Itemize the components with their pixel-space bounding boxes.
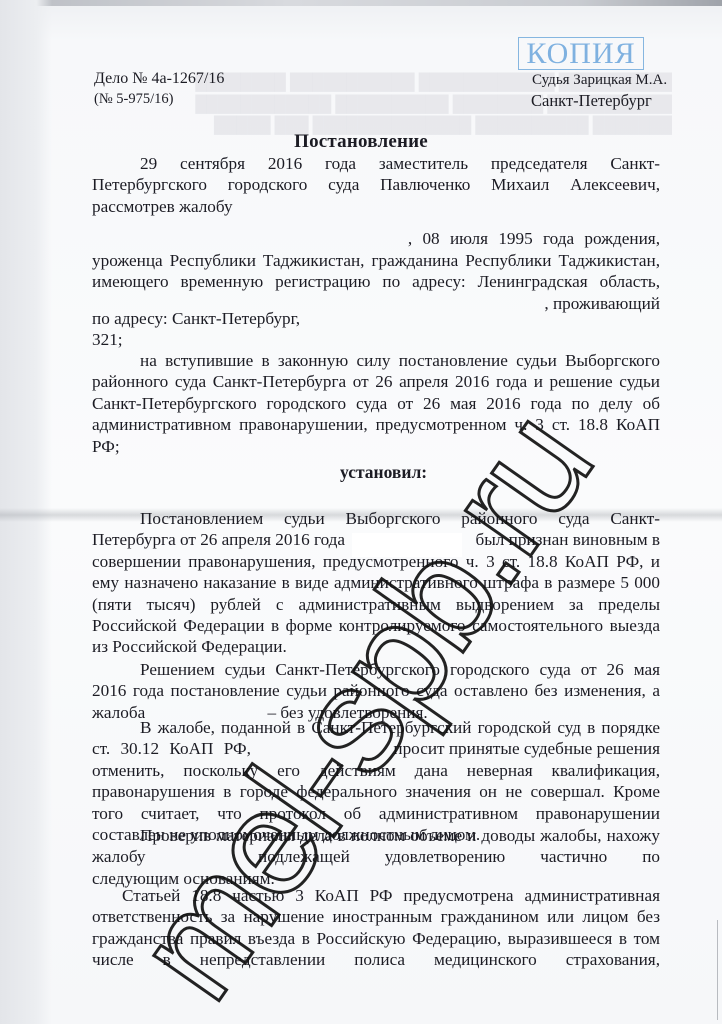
intro-line-9: 321; [92, 329, 660, 350]
word: Петербургского [92, 175, 207, 194]
intro-paragraph: 29 сентября 2016 года заместитель предсе… [92, 153, 660, 217]
p1-line-2-end: был признан виновным в [475, 529, 660, 550]
p4-line-1: Проверив материалы дела в полном объеме … [92, 825, 660, 846]
p4-line-2: жалобу подлежащей удовлетворению частичн… [92, 846, 660, 867]
word: 29 [140, 154, 157, 173]
p5-line-4: числе в непредставлении полиса медицинск… [92, 949, 660, 970]
address-lines: по адресу: Санкт-Петербург, 321; [92, 308, 660, 351]
appeal-line-2: районного суда Санкт-Петербурга от 26 ап… [92, 371, 660, 392]
word: суда [328, 175, 359, 194]
word: сентября [180, 154, 245, 173]
p4-line-2-start: жалобу [92, 847, 146, 866]
word: Алексеевич, [570, 175, 660, 194]
word: Санкт- [610, 154, 660, 173]
birth-date-line: , 08 июля 1995 года рождения, [92, 228, 660, 249]
p1-line-4: ему назначено наказание в виде администр… [92, 572, 660, 593]
appeal-line-1: на вступившие в законную силу постановле… [92, 350, 660, 371]
word: 2016 [268, 154, 302, 173]
birth-date-text: , 08 июля 1995 года рождения, [92, 228, 660, 249]
p3-line-2-start: ст. 30.12 КоАП РФ, [92, 739, 251, 758]
p5-line-3: гражданства правил въезда в Российскую Ф… [92, 928, 660, 949]
p4-line-2-end: подлежащей удовлетворению частично по [258, 846, 660, 867]
p1-line-1: Постановлением судьи Выборгского районно… [92, 508, 660, 529]
scan-edge-right [717, 920, 718, 1020]
p2-line-1: Решением судьи Санкт-Петербургского горо… [92, 659, 660, 680]
appeal-line-4: административном правонарушении, предусм… [92, 414, 660, 435]
intro-line-6: имеющего временную регистрацию по адресу… [92, 271, 660, 292]
p1-line-5: (пяти тысяч) рублей с административным в… [92, 594, 660, 615]
case-number-secondary: (№ 5-975/16) [94, 89, 173, 110]
document-title: Постановление [0, 131, 722, 153]
paragraph-4: Проверив материалы дела в полном объеме … [92, 825, 660, 889]
paragraph-2: Решением судьи Санкт-Петербургского горо… [92, 659, 660, 723]
p3-line-1: В жалобе, поданной в Санкт-Петербургский… [92, 717, 660, 738]
copy-stamp: КОПИЯ [518, 37, 644, 70]
paragraph-1: Постановлением судьи Выборгского районно… [92, 508, 660, 658]
city: Санкт-Петербург [531, 90, 652, 111]
p3-line-5: того считает, что протокол об администра… [92, 803, 660, 824]
appeal-paragraph: на вступившие в законную силу постановле… [92, 350, 660, 457]
intro-line-2: Петербургского городского суда Павлюченк… [92, 174, 660, 195]
origin-lines: уроженца Республики Таджикистан, граждан… [92, 250, 660, 314]
word: городского [228, 175, 308, 194]
word: года [325, 154, 356, 173]
p3-line-2-end: просит принятые судебные решения [393, 738, 660, 759]
p5-line-2: ответственность за нарушение иностранным… [92, 906, 660, 927]
p5-line-1: Статьей 18.8 частью 3 КоАП РФ предусмотр… [92, 885, 660, 906]
p3-line-2: ст. 30.12 КоАП РФ, просит принятые судеб… [92, 738, 660, 759]
appeal-line-3: Санкт-Петербургского городского суда от … [92, 393, 660, 414]
p1-line-6: Российской Федерации в форме контролируе… [92, 615, 660, 636]
judge-name: Судья Зарицкая М.А. [532, 70, 667, 91]
case-number: Дело № 4а-1267/16 [94, 68, 224, 89]
intro-line-3: рассмотрев жалобу [92, 196, 660, 217]
redacted-name [352, 533, 462, 557]
intro-line-5: уроженца Республики Таджикистан, граждан… [92, 250, 660, 271]
paragraph-5: Статьей 18.8 частью 3 КоАП РФ предусмотр… [92, 885, 660, 971]
p2-line-2: 2016 года постановление судьи районного … [92, 680, 660, 701]
p1-line-2-start: Петербурга от 26 апреля 2016 года [92, 530, 345, 549]
word: Павлюченко [380, 175, 470, 194]
p1-line-7: из Российской Федерации. [92, 636, 660, 657]
p3-line-3: отменить, поскольку его действиям дана н… [92, 760, 660, 781]
word: председателя [491, 154, 588, 173]
word: Михаил [491, 175, 549, 194]
intro-line-1: 29 сентября 2016 года заместитель предсе… [92, 153, 660, 174]
scan-edge-top [0, 0, 722, 6]
p3-line-4: правонарушения в городе федерального зна… [92, 781, 660, 802]
established-heading: установил: [340, 462, 427, 483]
word: заместитель [379, 154, 468, 173]
intro-line-8: по адресу: Санкт-Петербург, [92, 308, 660, 329]
scanned-page: ██████████ ████████████ ███████████ ████… [0, 0, 722, 1024]
appeal-line-5: РФ; [92, 436, 660, 457]
